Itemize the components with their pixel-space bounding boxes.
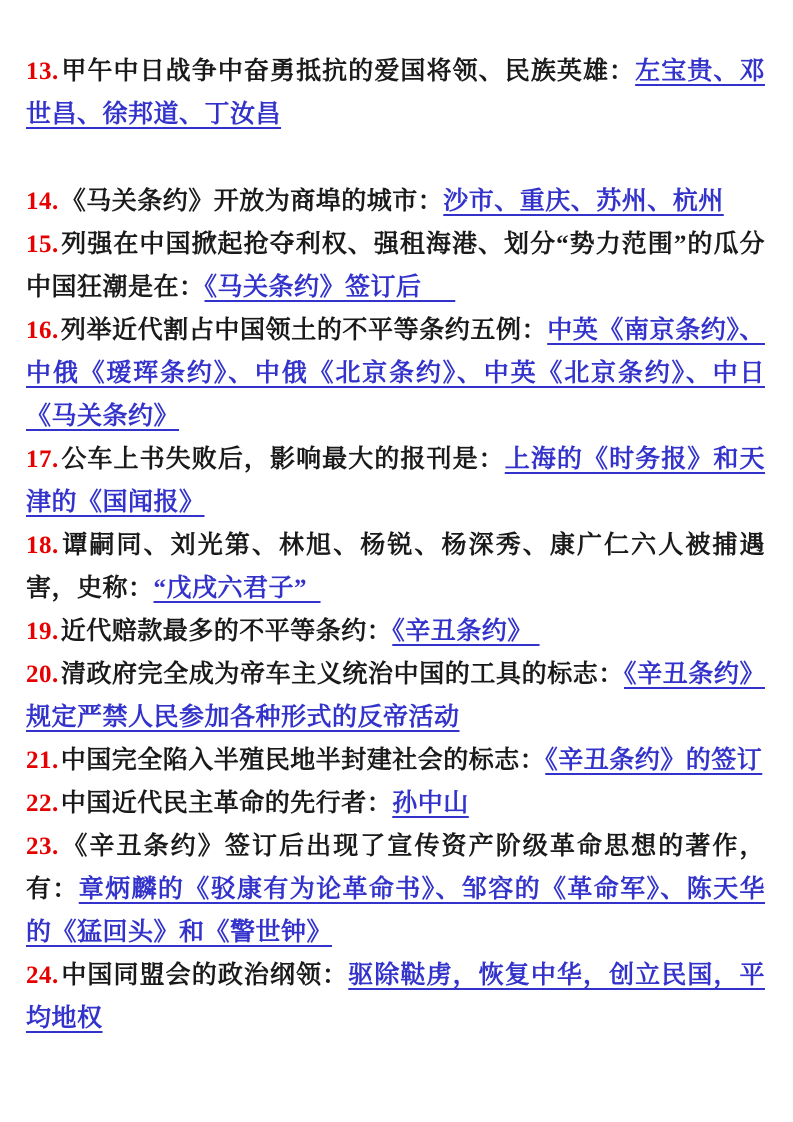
qa-list: 13.甲午中日战争中奋勇抵抗的爱国将领、民族英雄：左宝贵、邓世昌、徐邦道、丁汝昌… (26, 50, 765, 1040)
qa-item-24: 24.中国同盟会的政治纲领：驱除鞑虏，恢复中华，创立民国，平均地权 (26, 954, 765, 1040)
question-text: 《马关条约》开放为商埠的城市： (61, 188, 444, 215)
qa-item-23: 23.《辛丑条约》签订后出现了宣传资产阶级革命思想的著作，有：章炳麟的《驳康有为… (26, 825, 765, 954)
qa-item-19: 19.近代赔款最多的不平等条约：《辛丑条约》 (26, 610, 765, 653)
answer-text: 沙市、重庆、苏州、杭州 (443, 188, 724, 215)
question-text: 列举近代割占中国领土的不平等条约五例： (61, 317, 547, 344)
answer-text: 《马关条约》签订后 (205, 274, 456, 301)
qa-item-13: 13.甲午中日战争中奋勇抵抗的爱国将领、民族英雄：左宝贵、邓世昌、徐邦道、丁汝昌 (26, 50, 765, 136)
answer-text: 《辛丑条约》的签订 (545, 747, 762, 774)
item-number: 22. (26, 790, 61, 817)
qa-item-22: 22.中国近代民主革命的先行者：孙中山 (26, 782, 765, 825)
item-number: 23. (26, 833, 61, 860)
item-number: 19. (26, 618, 61, 645)
question-text: 近代赔款最多的不平等条约： (61, 618, 393, 645)
answer-text: 孙中山 (392, 790, 469, 817)
item-number: 14. (26, 188, 61, 215)
qa-item-21: 21.中国完全陷入半殖民地半封建社会的标志：《辛丑条约》的签订 (26, 739, 765, 782)
item-number: 15. (26, 231, 61, 258)
question-text: 谭嗣同、刘光第、林旭、杨锐、杨深秀、康广仁六人被捕遇害，史称： (26, 532, 765, 602)
answer-text: “戊戌六君子” (154, 575, 321, 602)
answer-text: 《辛丑条约》 (392, 618, 539, 645)
qa-item-17: 17.公车上书失败后，影响最大的报刊是：上海的《时务报》和天津的《国闻报》 (26, 438, 765, 524)
qa-item-20: 20.清政府完全成为帝车主义统治中国的工具的标志：《辛丑条约》规定严禁人民参加各… (26, 653, 765, 739)
item-number: 24. (26, 962, 61, 989)
item-number: 16. (26, 317, 61, 344)
qa-item-18: 18.谭嗣同、刘光第、林旭、杨锐、杨深秀、康广仁六人被捕遇害，史称：“戊戌六君子… (26, 524, 765, 610)
qa-item-14: 14.《马关条约》开放为商埠的城市：沙市、重庆、苏州、杭州 (26, 180, 765, 223)
question-text: 甲午中日战争中奋勇抵抗的爱国将领、民族英雄： (61, 58, 635, 85)
item-number: 21. (26, 747, 61, 774)
document-page: 13.甲午中日战争中奋勇抵抗的爱国将领、民族英雄：左宝贵、邓世昌、徐邦道、丁汝昌… (0, 0, 793, 1122)
question-text: 公车上书失败后，影响最大的报刊是： (61, 446, 505, 473)
question-text: 清政府完全成为帝车主义统治中国的工具的标志： (61, 661, 624, 688)
qa-item-15: 15.列强在中国掀起抢夺利权、强租海港、划分“势力范围”的瓜分中国狂潮是在：《马… (26, 223, 765, 309)
question-text: 中国同盟会的政治纲领： (61, 962, 349, 989)
item-number: 13. (26, 58, 61, 85)
item-number: 20. (26, 661, 61, 688)
answer-text: 章炳麟的《驳康有为论革命书》、邹容的《革命军》、陈天华的《猛回头》和《警世钟》 (26, 876, 765, 946)
question-text: 中国完全陷入半殖民地半封建社会的标志： (61, 747, 546, 774)
item-number: 18. (26, 532, 61, 559)
question-text: 中国近代民主革命的先行者： (61, 790, 393, 817)
qa-item-16: 16.列举近代割占中国领土的不平等条约五例：中英《南京条约》、中俄《瑷珲条约》、… (26, 309, 765, 438)
item-number: 17. (26, 446, 61, 473)
